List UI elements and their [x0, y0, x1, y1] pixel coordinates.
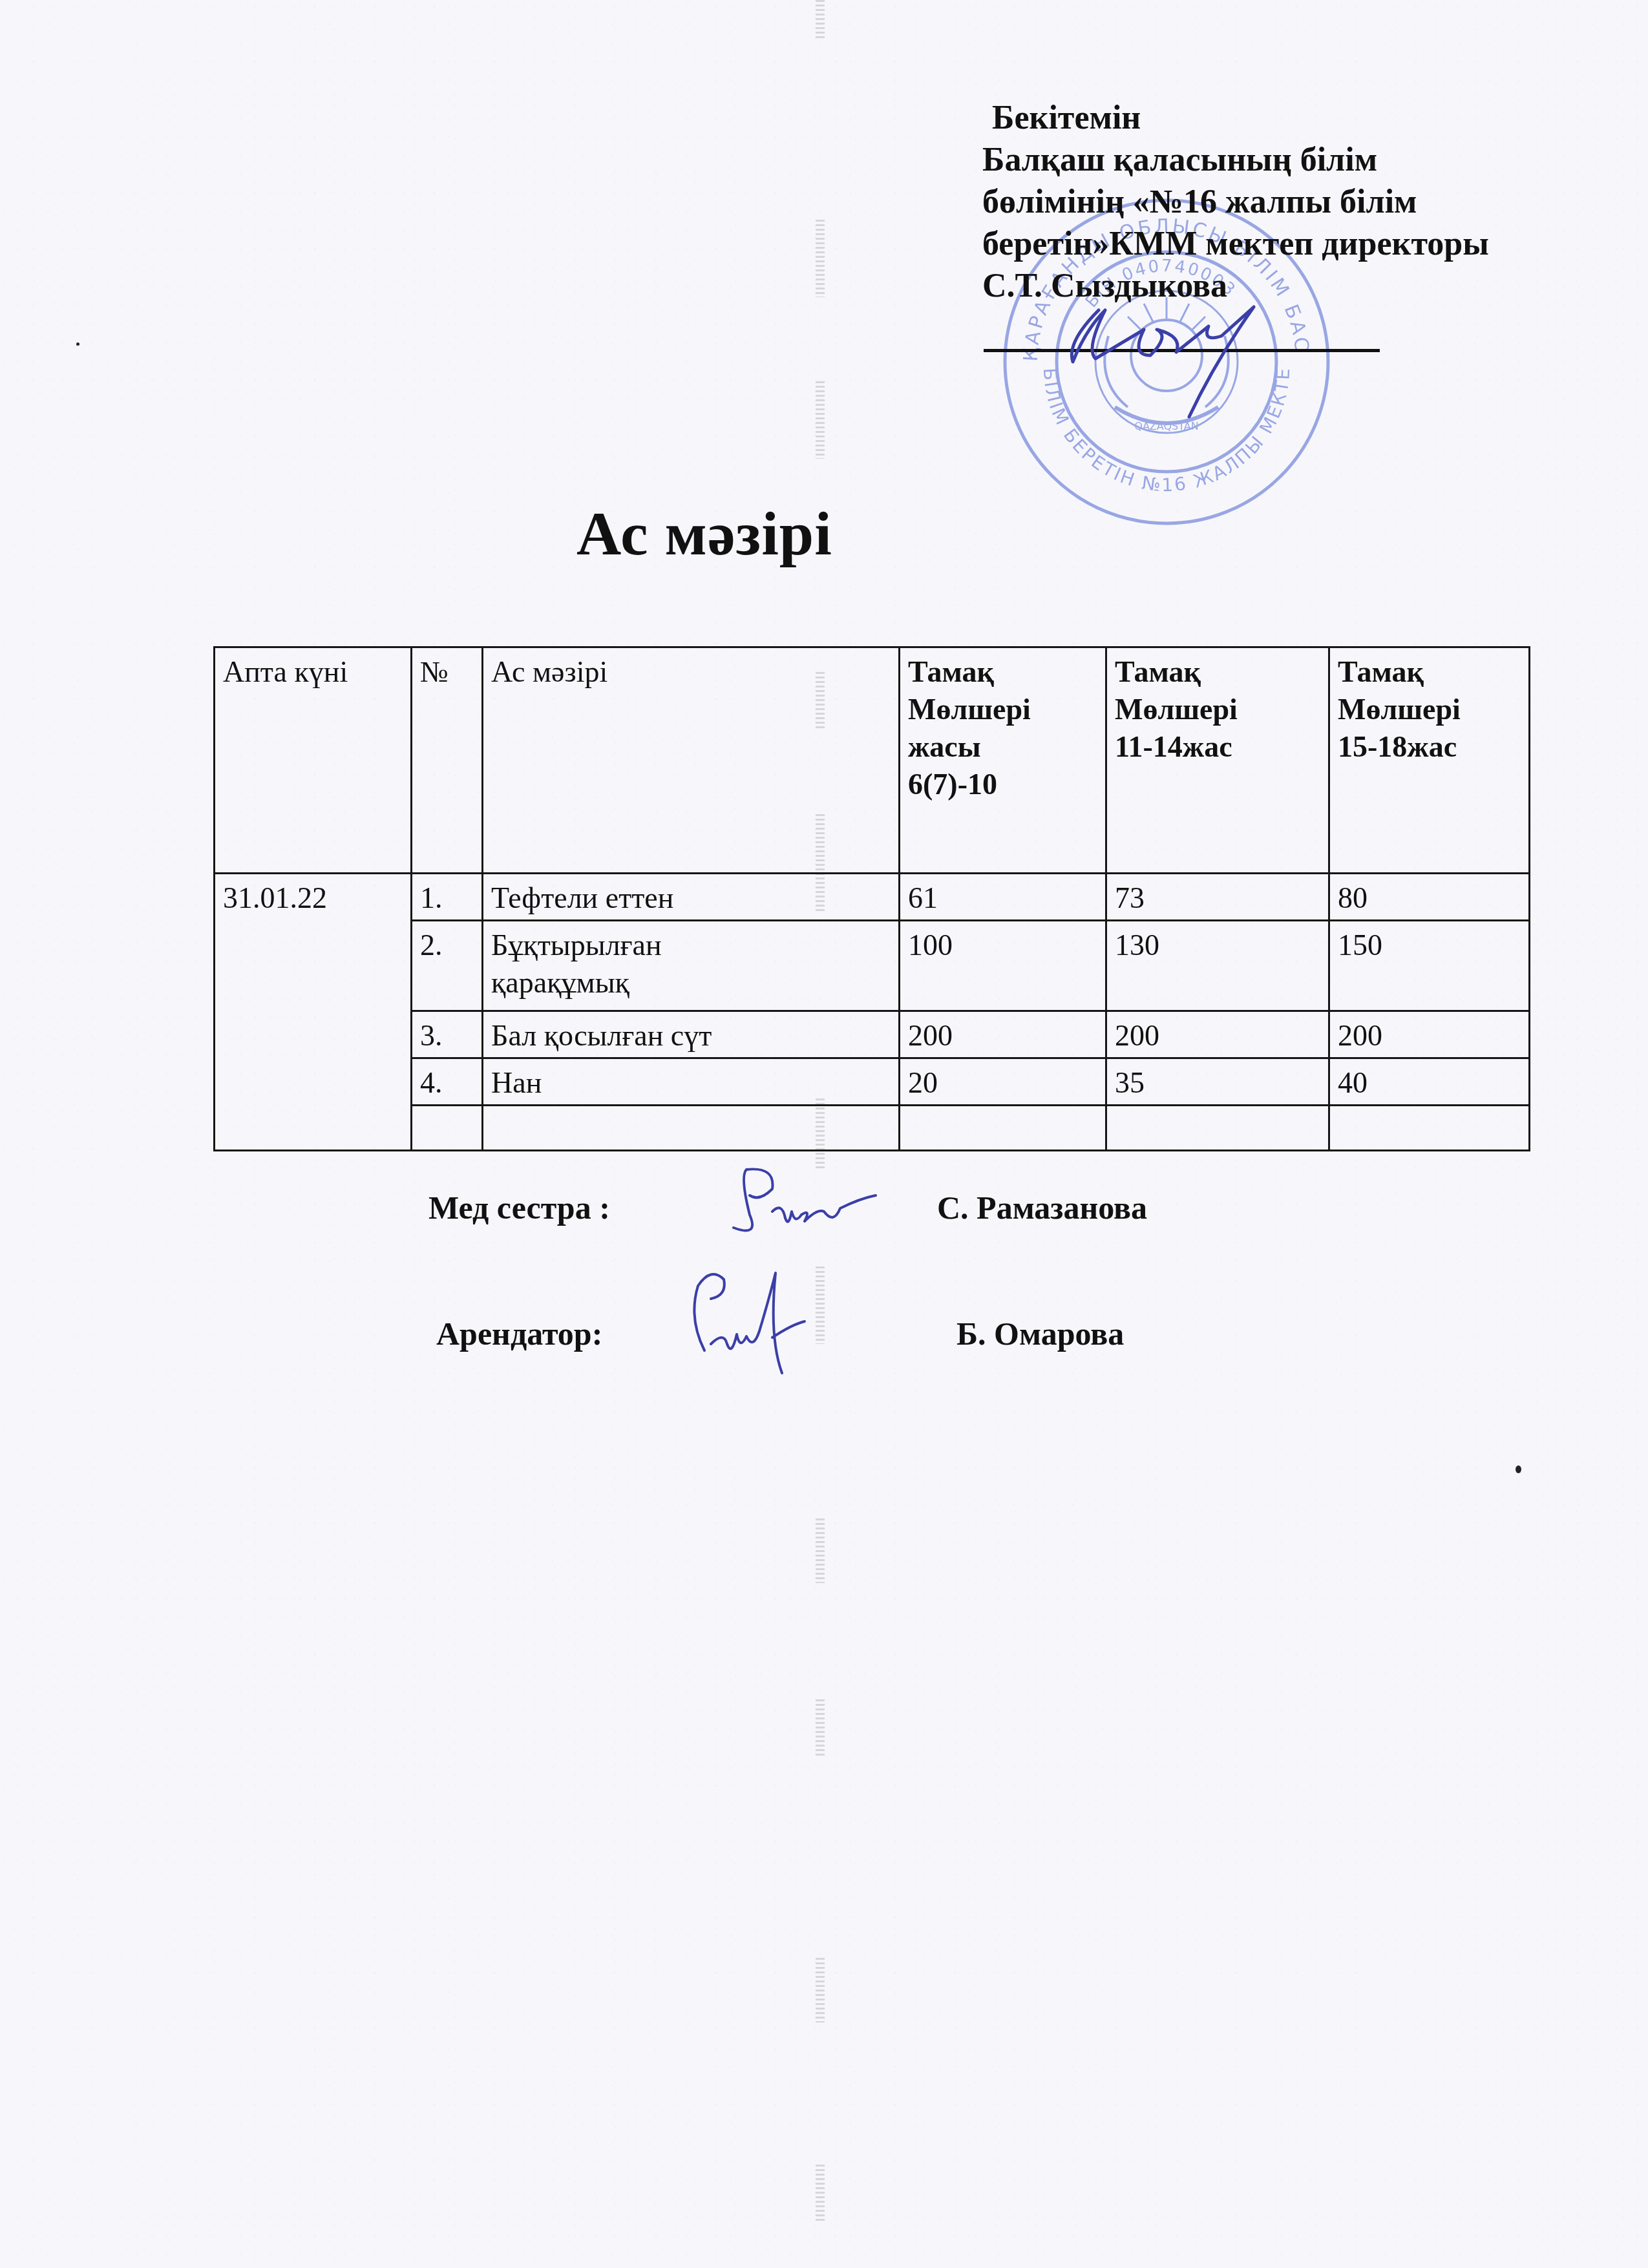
scan-artifact [816, 1518, 825, 1583]
portion-6-10: 20 [900, 1058, 1106, 1106]
approval-line: беретін»КММ мектеп директоры [982, 223, 1564, 265]
portion-6-10: 200 [900, 1011, 1106, 1058]
portion-15-18: 150 [1329, 921, 1530, 1011]
menu-table: Апта күні № Ас мәзірі Тамақ Мөлшері жасы… [213, 646, 1530, 1151]
table-row: 2. Бұқтырылған қарақұмық 100 130 150 [215, 921, 1530, 1011]
header-age-6-10: Тамақ Мөлшері жасы 6(7)-10 [900, 647, 1106, 874]
header-age-11-14: Тамақ Мөлшері 11-14жас [1106, 647, 1329, 874]
portion-11-14: 73 [1106, 874, 1329, 921]
approval-line: бөлімінің «№16 жалпы білім [982, 181, 1564, 223]
approval-heading: Бекітемін [982, 97, 1564, 139]
item-number [412, 1106, 483, 1151]
nurse-name: С. Рамазанова [937, 1189, 1147, 1226]
dish-name: Бал қосылған сүт [483, 1011, 900, 1058]
tenant-label: Арендатор: [436, 1315, 602, 1352]
svg-text:QAZAQSTAN: QAZAQSTAN [1134, 420, 1198, 432]
table-row: 3. Бал қосылған сүт 200 200 200 [215, 1011, 1530, 1058]
table-row: 31.01.22 1. Тефтели еттен 61 73 80 [215, 874, 1530, 921]
scan-artifact [816, 1699, 825, 1758]
portion-6-10 [900, 1106, 1106, 1151]
director-signature [1060, 291, 1273, 420]
table-row-empty [215, 1106, 1530, 1151]
dish-name: Бұқтырылған қарақұмық [483, 921, 900, 1011]
scan-artifact [816, 1958, 825, 2022]
scan-artifact [816, 220, 825, 297]
scan-artifact [816, 0, 825, 39]
scan-artifact [816, 2165, 825, 2223]
portion-11-14: 35 [1106, 1058, 1329, 1106]
nurse-signature [721, 1163, 882, 1241]
portion-6-10: 61 [900, 874, 1106, 921]
stray-mark [76, 342, 79, 346]
table-header-row: Апта күні № Ас мәзірі Тамақ Мөлшері жасы… [215, 647, 1530, 874]
nurse-label: Мед сестра : [428, 1189, 610, 1226]
item-number: 4. [412, 1058, 483, 1106]
header-number: № [412, 647, 483, 874]
approval-block: Бекітемін Балқаш қаласының білім бөлімін… [982, 97, 1564, 307]
header-age-15-18: Тамақ Мөлшері 15-18жас [1329, 647, 1530, 874]
item-number: 2. [412, 921, 483, 1011]
dish-name: Тефтели еттен [483, 874, 900, 921]
tenant-name: Б. Омарова [956, 1315, 1124, 1352]
portion-11-14 [1106, 1106, 1329, 1151]
tenant-signature [679, 1260, 827, 1376]
portion-15-18: 40 [1329, 1058, 1530, 1106]
portion-11-14: 130 [1106, 921, 1329, 1011]
header-menu: Ас мәзірі [483, 647, 900, 874]
dish-name: Нан [483, 1058, 900, 1106]
item-number: 1. [412, 874, 483, 921]
portion-11-14: 200 [1106, 1011, 1329, 1058]
scan-artifact [816, 381, 825, 459]
portion-15-18: 200 [1329, 1011, 1530, 1058]
table-row: 4. Нан 20 35 40 [215, 1058, 1530, 1106]
portion-6-10: 100 [900, 921, 1106, 1011]
portion-15-18: 80 [1329, 874, 1530, 921]
date-cell: 31.01.22 [215, 874, 412, 1151]
portion-15-18 [1329, 1106, 1530, 1151]
approval-line: Балқаш қаласының білім [982, 139, 1564, 181]
item-number: 3. [412, 1011, 483, 1058]
header-day: Апта күні [215, 647, 412, 874]
stray-mark [1516, 1465, 1521, 1473]
dish-name [483, 1106, 900, 1151]
